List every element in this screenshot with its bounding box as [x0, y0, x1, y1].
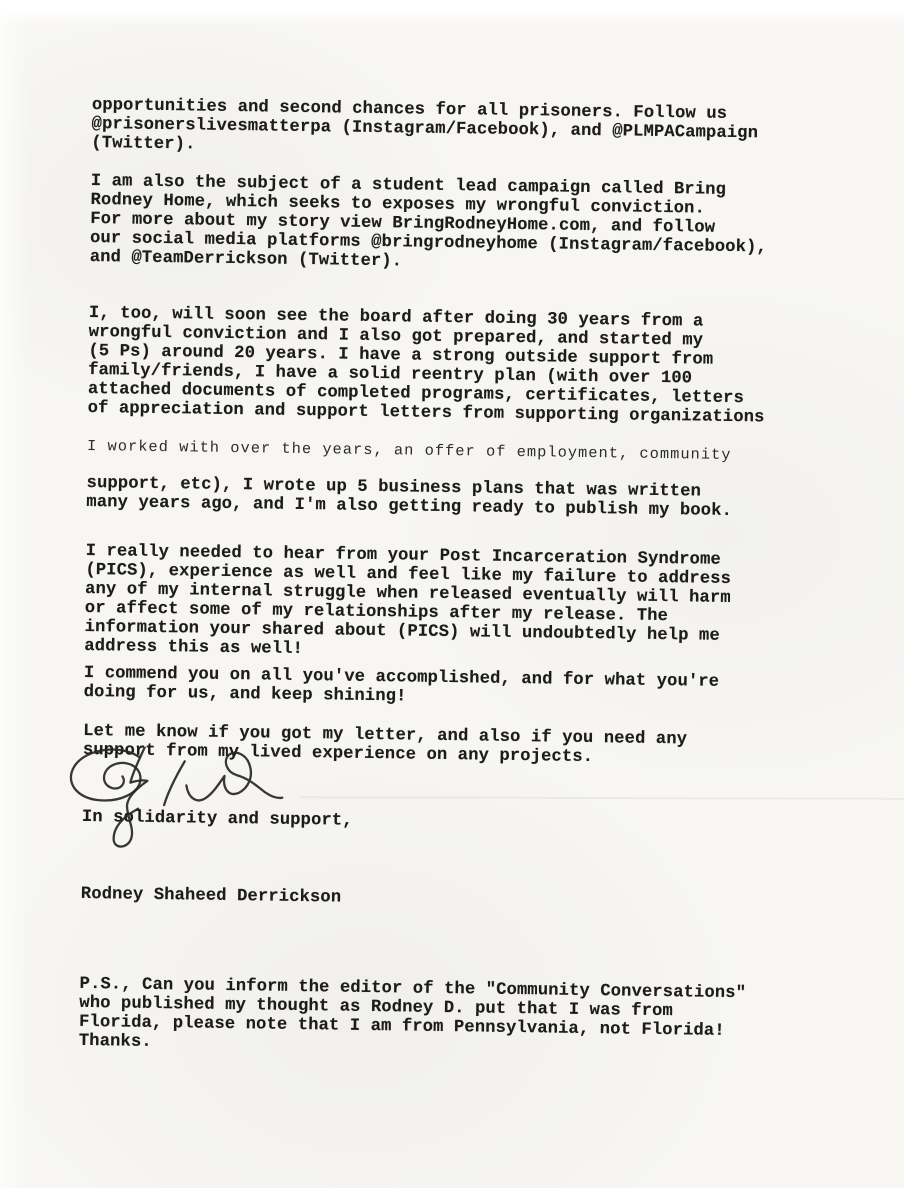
handwritten-signature-icon [65, 746, 289, 861]
paragraph-parole-preparation: I, too, will soon see the board after do… [86, 285, 817, 541]
paragraph-parole-preparation-part1: I, too, will soon see the board after do… [88, 304, 818, 428]
paragraph-pics: I really needed to hear from your Post I… [84, 542, 814, 666]
closing-salutation: In solidarity and support, [82, 808, 810, 837]
signed-name: Rodney Shaheed Derrickson [81, 885, 809, 914]
paragraph-parole-preparation-part2: support, etc), I wrote up 5 business pla… [86, 474, 814, 522]
scanned-letter-page: opportunities and second chances for all… [0, 0, 904, 1188]
paragraph-bring-rodney-home: I am also the subject of a student lead … [90, 172, 819, 277]
letter-body: opportunities and second chances for all… [0, 0, 861, 1062]
paragraph-let-me-know: Let me know if you got my letter, and al… [83, 722, 811, 770]
paragraph-commend: I commend you on all you've accomplished… [84, 664, 812, 712]
postscript: P.S., Can you inform the editor of the "… [79, 975, 808, 1061]
paragraph-parole-preparation-small-line: I worked with over the years, an offer o… [87, 437, 815, 465]
paragraph-social-media: opportunities and second chances for all… [91, 96, 820, 163]
